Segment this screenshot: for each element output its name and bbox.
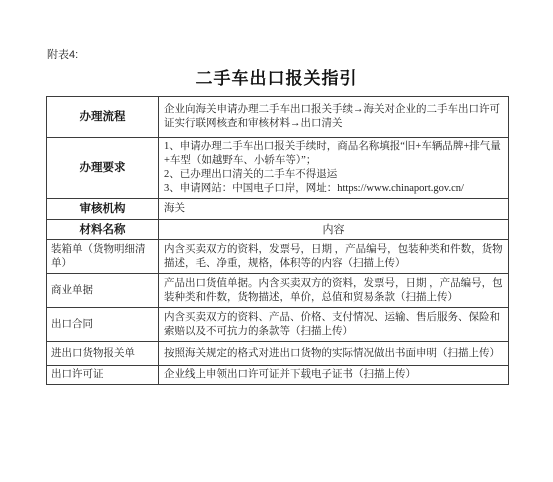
row-content-process: 企业向海关申请办理二手车出口报关手续→海关对企业的二手车出口许可证实行联网核查和… [159,97,509,138]
guide-table: 办理流程 企业向海关申请办理二手车出口报关手续→海关对企业的二手车出口许可证实行… [46,96,509,385]
row-label-packing-list: 装箱单（货物明细清单） [47,240,159,274]
row-label-requirements: 办理要求 [47,138,159,199]
column-header-material-name: 材料名称 [47,220,159,240]
table-row-materials-header: 材料名称 内容 [47,220,509,240]
table-row-process: 办理流程 企业向海关申请办理二手车出口报关手续→海关对企业的二手车出口许可证实行… [47,97,509,138]
row-label-export-contract: 出口合同 [47,308,159,342]
row-label-customs-declaration-form: 进出口货物报关单 [47,342,159,366]
table-row-commercial-documents: 商业单据 产品出口货值单据。内含买卖双方的资料，发票号，日期 ，产品编号，包装种… [47,274,509,308]
table-row-packing-list: 装箱单（货物明细清单） 内含买卖双方的资料，发票号，日期 ，产品编号，包装种类和… [47,240,509,274]
row-content-commercial-documents: 产品出口货值单据。内含买卖双方的资料，发票号，日期 ，产品编号，包装种类和件数，… [159,274,509,308]
table-row-customs-declaration-form: 进出口货物报关单 按照海关规定的格式对进出口货物的实际情况做出书面申明（扫描上传… [47,342,509,366]
page-title: 二手车出口报关指引 [0,64,553,89]
row-content-export-contract: 内含买卖双方的资料、产品、价格、支付情况、运输、售后服务、保险和索赔以及不可抗力… [159,308,509,342]
table-row-export-license: 出口许可证 企业线上申领出口许可证并下载电子证书（扫描上传） [47,366,509,385]
document-page: 附表4: 二手车出口报关指引 办理流程 企业向海关申请办理二手车出口报关手续→海… [0,0,553,482]
column-header-content: 内容 [159,220,509,240]
table-row-review-agency: 审核机构 海关 [47,199,509,220]
attachment-label: 附表4: [47,46,78,62]
row-label-review-agency: 审核机构 [47,199,159,220]
row-label-export-license: 出口许可证 [47,366,159,385]
row-content-requirements: 1、申请办理二手车出口报关手续时，商品名称填报“旧+车辆品牌+排气量+车型（如越… [159,138,509,199]
row-content-customs-declaration-form: 按照海关规定的格式对进出口货物的实际情况做出书面申明（扫描上传） [159,342,509,366]
row-label-process: 办理流程 [47,97,159,138]
row-label-commercial-documents: 商业单据 [47,274,159,308]
table-row-requirements: 办理要求 1、申请办理二手车出口报关手续时，商品名称填报“旧+车辆品牌+排气量+… [47,138,509,199]
row-content-review-agency: 海关 [159,199,509,220]
row-content-packing-list: 内含买卖双方的资料，发票号，日期 ，产品编号，包装种类和件数，货物描述，毛、净重… [159,240,509,274]
table-row-export-contract: 出口合同 内含买卖双方的资料、产品、价格、支付情况、运输、售后服务、保险和索赔以… [47,308,509,342]
row-content-export-license: 企业线上申领出口许可证并下载电子证书（扫描上传） [159,366,509,385]
